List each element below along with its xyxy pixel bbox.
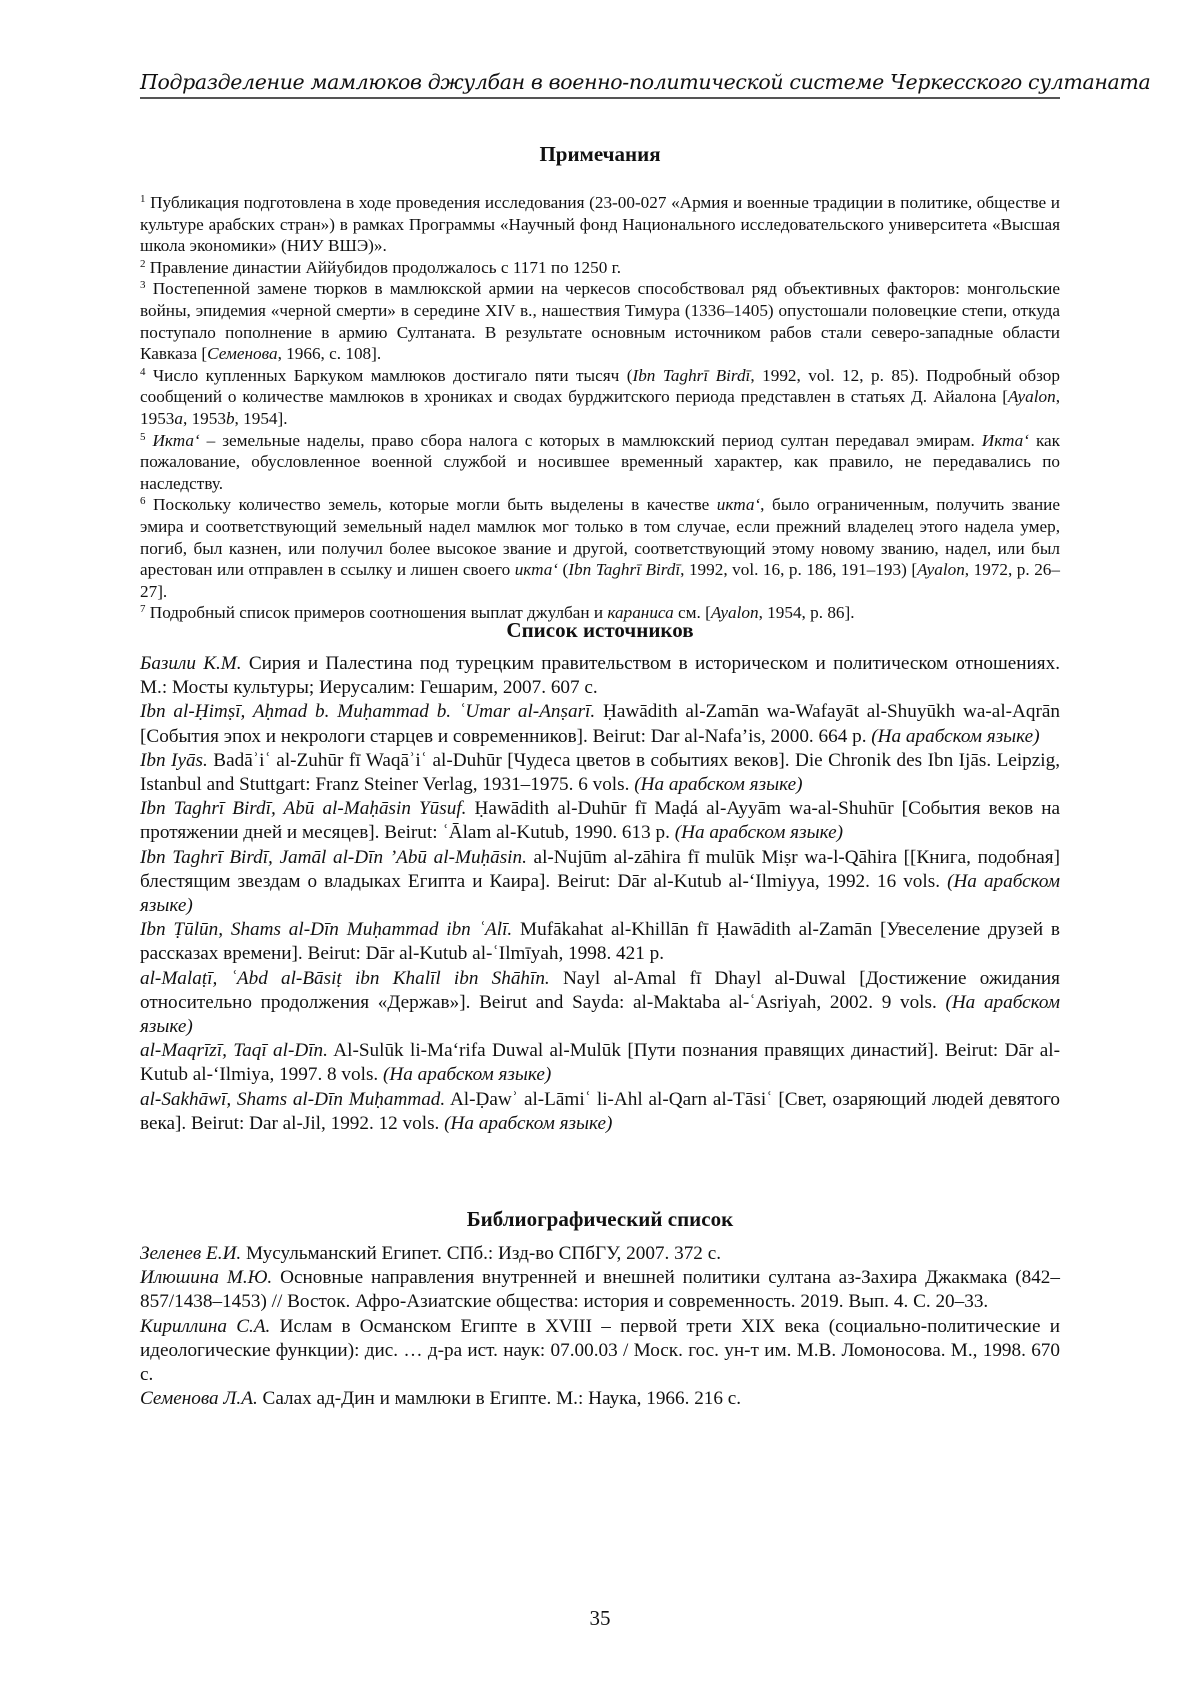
source-entry: Ibn Iyās. Badāʾiʿ al-Zuhūr fī Waqāʾiʿ al… <box>140 749 1060 797</box>
notes-list: 1 Публикация подготовлена в ходе проведе… <box>140 192 1060 624</box>
footnote: 4 Число купленных Баркуком мамлюков дост… <box>140 365 1060 430</box>
source-entry: Ibn Taghrī Birdī, Jamāl al-Dīn ’Abū al-M… <box>140 846 1060 919</box>
bibliography-entry: Зеленев Е.И. Мусульманский Египет. СПб.:… <box>140 1242 1060 1266</box>
source-entry: al-Sakhāwī, Shams al-Dīn Muḥammad. Al-Ḍa… <box>140 1088 1060 1136</box>
page-number: 35 <box>140 1606 1060 1631</box>
bibliography-heading: Библиографический список <box>140 1207 1060 1232</box>
source-entry: Базили К.М. Сирия и Палестина под турецк… <box>140 652 1060 700</box>
sources-heading: Список источников <box>140 618 1060 643</box>
source-entry: Ibn Taghrī Birdī, Abū al-Maḥāsin Yūsuf. … <box>140 797 1060 845</box>
bibliography-list: Зеленев Е.И. Мусульманский Египет. СПб.:… <box>140 1242 1060 1411</box>
footnote: 2 Правление династии Аййубидов продолжал… <box>140 257 1060 279</box>
running-head: Подразделение мамлюков джулбан в военно-… <box>140 70 1060 99</box>
source-entry: al-Maqrīzī, Taqī al-Dīn. Al-Sulūk li-Ma‘… <box>140 1039 1060 1087</box>
footnote: 1 Публикация подготовлена в ходе проведе… <box>140 192 1060 257</box>
footnote-number: 5 <box>140 431 146 443</box>
sources-list: Базили К.М. Сирия и Палестина под турецк… <box>140 652 1060 1136</box>
source-entry: al-Malaṭī, ʿAbd al-Bāsiṭ ibn Khalīl ibn … <box>140 967 1060 1040</box>
source-entry: Ibn Ṭūlūn, Shams al-Dīn Muḥammad ibn ʿAl… <box>140 918 1060 966</box>
bibliography-entry: Кириллина С.А. Ислам в Османском Египте … <box>140 1315 1060 1388</box>
source-entry: Ibn al-Ḥimṣī, Aḥmad b. Muḥammad b. ʿUmar… <box>140 700 1060 748</box>
bibliography-entry: Семенова Л.А. Салах ад-Дин и мамлюки в Е… <box>140 1387 1060 1411</box>
footnote: 3 Постепенной замене тюрков в мамлюкской… <box>140 278 1060 364</box>
footnote: 6 Поскольку количество земель, которые м… <box>140 494 1060 602</box>
notes-heading: Примечания <box>140 142 1060 167</box>
bibliography-entry: Илюшина М.Ю. Основные направления внутре… <box>140 1266 1060 1314</box>
footnote: 5 Икта‘ – земельные наделы, право сбора … <box>140 430 1060 495</box>
